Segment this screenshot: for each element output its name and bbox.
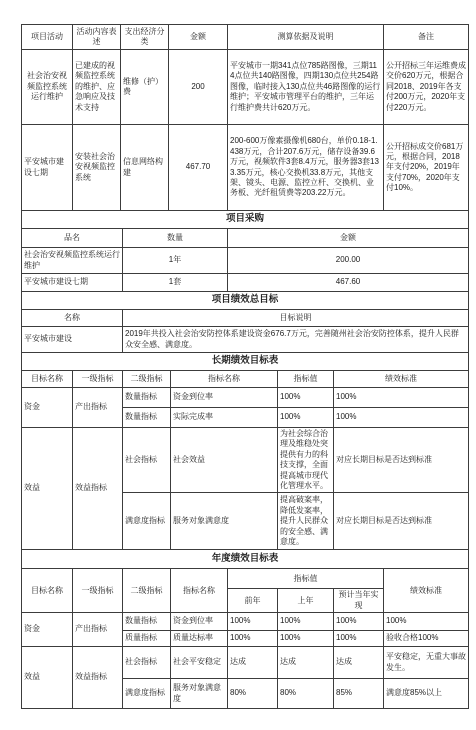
column-header-expense-category: 支出经济分类 (121, 25, 169, 50)
quantity-cell: 1年 (123, 248, 228, 274)
level2-cell: 数量指标 (123, 388, 171, 408)
goal-description-cell: 2019年共投入社会治安防控体系建设资金676.7万元，完善随州社会治安防控体系… (123, 327, 469, 353)
longterm-title-row: 长期绩效目标表 (22, 353, 469, 371)
value-prev2-cell: 80% (228, 679, 278, 709)
value-current-cell: 100% (334, 613, 384, 631)
column-header-level1: 一级指标 (73, 569, 123, 613)
section-title: 项目采购 (22, 211, 469, 229)
level1-group-cell: 效益指标 (73, 428, 123, 550)
goal-group-cell: 资金 (22, 388, 73, 428)
indicator-name-cell: 服务对象满意度 (171, 679, 228, 709)
budget-table: 项目活动 活动内容表述 支出经济分类 金额 测算依据及说明 备注 社会治安视频监… (21, 24, 469, 211)
annual-goal-table: 年度绩效目标表 目标名称 一级指标 二级指标 指标名称 指标值 绩效标准 前年 … (21, 549, 469, 709)
annual-row: 资金 产出指标 数量指标 资金到位率 100% 100% 100% 100% (22, 613, 469, 631)
indicator-name-cell: 资金到位率 (171, 613, 228, 631)
document-tables: 项目活动 活动内容表述 支出经济分类 金额 测算依据及说明 备注 社会治安视频监… (21, 25, 468, 709)
indicator-value-cell: 100% (278, 408, 334, 428)
value-prev1-cell: 100% (278, 631, 334, 647)
level2-cell: 质量指标 (123, 631, 171, 647)
column-header-indicator-name: 指标名称 (171, 569, 228, 613)
annual-row: 效益 效益指标 社会指标 社会平安稳定 达成 达成 达成 平安稳定，无重大事故发… (22, 647, 469, 679)
standard-cell: 验收合格100% (384, 631, 469, 647)
column-header-last-year: 上年 (278, 589, 334, 613)
standard-cell: 100% (384, 613, 469, 631)
column-header-level2: 二级指标 (123, 371, 171, 388)
column-header-indicator-value-group: 指标值 (228, 569, 384, 589)
standard-cell: 对应长期目标是否达到标准 (334, 493, 469, 550)
column-header-amount: 金额 (169, 25, 228, 50)
level2-cell: 满意度指标 (123, 493, 171, 550)
activity-cell: 社会治安视频监控系统运行维护 (22, 50, 73, 125)
column-header-performance-standard: 绩效标准 (384, 569, 469, 613)
category-cell: 维修（护）费 (121, 50, 169, 125)
amount-cell: 467.60 (228, 274, 469, 292)
procurement-title-row: 项目采购 (22, 211, 469, 229)
level2-cell: 社会指标 (123, 647, 171, 679)
level2-cell: 满意度指标 (123, 679, 171, 709)
column-header-goal-name: 目标名称 (22, 569, 73, 613)
column-header-activity-content: 活动内容表述 (73, 25, 121, 50)
column-header-goal-name: 目标名称 (22, 371, 73, 388)
remark-cell: 公开招标成交价681万元，根据合同，2018年支付20%，2019年支付70%，… (384, 125, 469, 211)
amount-cell: 200 (169, 50, 228, 125)
value-current-cell: 85% (334, 679, 384, 709)
annual-title-row: 年度绩效目标表 (22, 550, 469, 569)
procurement-header-row: 品名 数量 金额 (22, 229, 469, 248)
column-header-quantity: 数量 (123, 229, 228, 248)
goal-name-cell: 平安城市建设 (22, 327, 123, 353)
indicator-value-cell: 提高破案率，降低发案率，提升人民群众的安全感、满意度。 (278, 493, 334, 550)
value-prev1-cell: 100% (278, 613, 334, 631)
annual-header-row-top: 目标名称 一级指标 二级指标 指标名称 指标值 绩效标准 (22, 569, 469, 589)
content-cell: 安装社会治安视频监控系统 (73, 125, 121, 211)
indicator-value-cell: 为社会综合治理及维稳处突提供有力的科技支撑，全面提高城市现代化管理水平。 (278, 428, 334, 493)
value-current-cell: 100% (334, 631, 384, 647)
column-header-current-year-expected: 预计当年实现 (334, 589, 384, 613)
procurement-table: 项目采购 品名 数量 金额 社会治安视频监控系统运行维护 1年 200.00 平… (21, 210, 469, 292)
goal-group-cell: 效益 (22, 428, 73, 550)
column-header-goal-description: 目标说明 (123, 310, 469, 327)
standard-cell: 对应长期目标是否达到标准 (334, 428, 469, 493)
section-title: 项目绩效总目标 (22, 292, 469, 310)
budget-row: 平安城市建设七期 安装社会治安视频监控系统 信息网络构建 467.70 200-… (22, 125, 469, 211)
indicator-name-cell: 社会效益 (171, 428, 278, 493)
level2-cell: 数量指标 (123, 613, 171, 631)
longterm-goal-table: 长期绩效目标表 目标名称 一级指标 二级指标 指标名称 指标值 绩效标准 资金 … (21, 352, 469, 550)
goal-group-cell: 效益 (22, 647, 73, 709)
level2-cell: 数量指标 (123, 408, 171, 428)
column-header-performance-standard: 绩效标准 (334, 371, 469, 388)
value-prev1-cell: 80% (278, 679, 334, 709)
overall-goal-title-row: 项目绩效总目标 (22, 292, 469, 310)
procurement-row: 社会治安视频监控系统运行维护 1年 200.00 (22, 248, 469, 274)
activity-cell: 平安城市建设七期 (22, 125, 73, 211)
level1-group-cell: 效益指标 (73, 647, 123, 709)
column-header-amount: 金额 (228, 229, 469, 248)
level1-group-cell: 产出指标 (73, 388, 123, 428)
value-prev2-cell: 达成 (228, 647, 278, 679)
category-cell: 信息网络构建 (121, 125, 169, 211)
level2-cell: 社会指标 (123, 428, 171, 493)
amount-cell: 200.00 (228, 248, 469, 274)
amount-cell: 467.70 (169, 125, 228, 211)
section-title: 年度绩效目标表 (22, 550, 469, 569)
value-prev2-cell: 100% (228, 631, 278, 647)
overall-goal-header-row: 名称 目标说明 (22, 310, 469, 327)
column-header-remark: 备注 (384, 25, 469, 50)
standard-cell: 100% (334, 388, 469, 408)
column-header-level2: 二级指标 (123, 569, 171, 613)
value-prev1-cell: 达成 (278, 647, 334, 679)
content-cell: 已建成的视频监控系统的维护、应急响应及技术支持 (73, 50, 121, 125)
value-prev2-cell: 100% (228, 613, 278, 631)
remark-cell: 公开招标三年运维费成交价620万元，根据合同2018、2019年各支付200万元… (384, 50, 469, 125)
quantity-cell: 1套 (123, 274, 228, 292)
value-current-cell: 达成 (334, 647, 384, 679)
column-header-level1: 一级指标 (73, 371, 123, 388)
standard-cell: 满意度85%以上 (384, 679, 469, 709)
longterm-row: 资金 产出指标 数量指标 资金到位率 100% 100% (22, 388, 469, 408)
indicator-name-cell: 质量达标率 (171, 631, 228, 647)
item-name-cell: 平安城市建设七期 (22, 274, 123, 292)
indicator-value-cell: 100% (278, 388, 334, 408)
budget-row: 社会治安视频监控系统运行维护 已建成的视频监控系统的维护、应急响应及技术支持 维… (22, 50, 469, 125)
basis-cell: 平安城市一期341点位785路图像，三期114点位共140路图像，四期130点位… (228, 50, 384, 125)
column-header-indicator-value: 指标值 (278, 371, 334, 388)
budget-performance-document: 项目活动 活动内容表述 支出经济分类 金额 测算依据及说明 备注 社会治安视频监… (0, 0, 476, 730)
section-title: 长期绩效目标表 (22, 353, 469, 371)
column-header-indicator-name: 指标名称 (171, 371, 278, 388)
standard-cell: 平安稳定，无重大事故发生。 (384, 647, 469, 679)
procurement-row: 平安城市建设七期 1套 467.60 (22, 274, 469, 292)
overall-goal-table: 项目绩效总目标 名称 目标说明 平安城市建设 2019年共投入社会治安防控体系建… (21, 291, 469, 353)
overall-goal-row: 平安城市建设 2019年共投入社会治安防控体系建设资金676.7万元，完善随州社… (22, 327, 469, 353)
column-header-year-before-last: 前年 (228, 589, 278, 613)
indicator-name-cell: 资金到位率 (171, 388, 278, 408)
basis-cell: 200-600万像素摄像机680台，单价0.18-1.438万元，合计207.6… (228, 125, 384, 211)
column-header-item-name: 品名 (22, 229, 123, 248)
longterm-row: 效益 效益指标 社会指标 社会效益 为社会综合治理及维稳处突提供有力的科技支撑，… (22, 428, 469, 493)
standard-cell: 100% (334, 408, 469, 428)
goal-group-cell: 资金 (22, 613, 73, 647)
indicator-name-cell: 实际完成率 (171, 408, 278, 428)
budget-header-row: 项目活动 活动内容表述 支出经济分类 金额 测算依据及说明 备注 (22, 25, 469, 50)
longterm-header-row: 目标名称 一级指标 二级指标 指标名称 指标值 绩效标准 (22, 371, 469, 388)
column-header-calculation-basis: 测算依据及说明 (228, 25, 384, 50)
indicator-name-cell: 社会平安稳定 (171, 647, 228, 679)
column-header-project-activity: 项目活动 (22, 25, 73, 50)
column-header-name: 名称 (22, 310, 123, 327)
indicator-name-cell: 服务对象满意度 (171, 493, 278, 550)
item-name-cell: 社会治安视频监控系统运行维护 (22, 248, 123, 274)
level1-group-cell: 产出指标 (73, 613, 123, 647)
